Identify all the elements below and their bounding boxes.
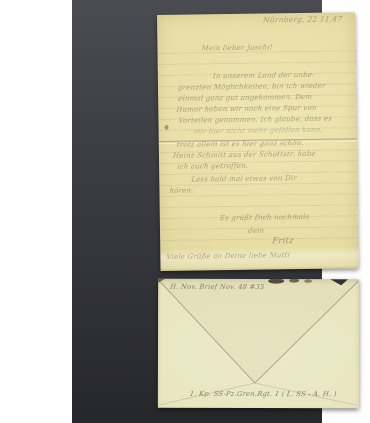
letter-signature: Fritz (272, 237, 294, 245)
envelope-graphics (158, 279, 359, 409)
letter-closing: dein (248, 227, 265, 235)
letter-closing: Es grüßt Dich nochmals (219, 213, 310, 222)
envelope-annotation-bottom: 1. Kp. SS-Pz.Gren.Rgt. 1 ( L. SS - A. H.… (189, 390, 337, 398)
envelope-annotation-top: H. Nov. Brief Nov. 48 #35 (170, 283, 265, 291)
envelope-back: H. Nov. Brief Nov. 48 #35 1. Kp. SS-Pz.G… (158, 279, 359, 409)
page-background: Nürnberg, 22.11.47 Mein lieber Juschi! I… (0, 0, 370, 423)
letter-dateline: Nürnberg, 22.11.47 (263, 15, 343, 24)
handwritten-letter: Nürnberg, 22.11.47 Mein lieber Juschi! I… (157, 12, 359, 271)
letter-body-line: ich auch getroffen. (177, 162, 249, 171)
letter-body-line: hören. (169, 186, 194, 194)
paper-stain (165, 125, 169, 130)
item-photo: Nürnberg, 22.11.47 Mein lieber Juschi! I… (72, 0, 322, 423)
letter-salutation: Mein lieber Juschi! (201, 43, 273, 52)
paper-damage (304, 280, 312, 283)
envelope-top-flap (159, 281, 358, 384)
letter-body-line: Lass bald mal etwas von Dir (191, 174, 297, 183)
letter-body-line: In unserem Land der unbe- (212, 71, 315, 80)
